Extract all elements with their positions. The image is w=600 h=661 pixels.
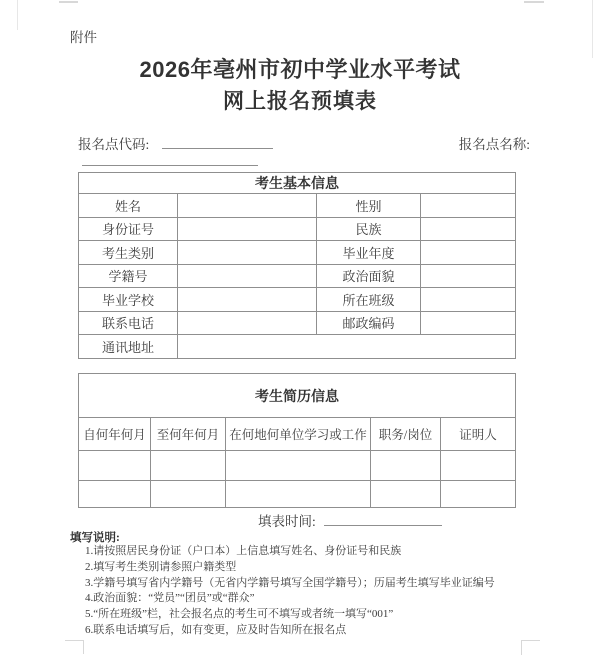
label-ethnicity: 民族 xyxy=(317,217,421,241)
resume-table: 考生简历信息 自何年何月 至何年何月 在何地何单位学习或工作 职务/岗位 证明人 xyxy=(78,373,516,508)
label-id-number: 身份证号 xyxy=(79,217,178,241)
col-to-date: 至何年何月 xyxy=(151,418,226,451)
resume-empty-cell xyxy=(79,481,151,508)
col-reference: 证明人 xyxy=(441,418,516,451)
value-id-number xyxy=(178,217,317,241)
page-edge-left xyxy=(17,0,18,30)
label-student-number: 学籍号 xyxy=(79,264,178,288)
instruction-item: 3.学籍号填写省内学籍号（无省内学籍号填写全国学籍号）；历届考生填写毕业证编号 xyxy=(85,576,555,592)
resume-empty-cell xyxy=(151,451,226,481)
value-name xyxy=(178,194,317,218)
label-graduation-year: 毕业年度 xyxy=(317,241,421,265)
basic-info-table-title: 考生基本信息 xyxy=(79,173,516,194)
value-student-number xyxy=(178,264,317,288)
label-address: 通讯地址 xyxy=(79,335,178,359)
basic-info-table: 考生基本信息 姓名 性别 身份证号 民族 考生类别 毕业年度 学籍号 政治面貌 … xyxy=(78,172,516,359)
resume-empty-cell xyxy=(151,481,226,508)
resume-empty-cell xyxy=(79,451,151,481)
instructions-title: 填写说明: xyxy=(70,529,120,545)
registration-point-line: 报名点代码: 报名点名称: xyxy=(78,133,530,153)
col-place-unit: 在何地何单位学习或工作 xyxy=(226,418,371,451)
label-graduation-school: 毕业学校 xyxy=(79,288,178,312)
resume-empty-cell xyxy=(371,451,441,481)
instruction-item: 4.政治面貌：“党员”“团员”或“群众” xyxy=(85,591,555,607)
label-gender: 性别 xyxy=(317,194,421,218)
value-graduation-year xyxy=(421,241,516,265)
value-gender xyxy=(421,194,516,218)
label-political-status: 政治面貌 xyxy=(317,264,421,288)
value-candidate-type xyxy=(178,241,317,265)
form-page: 附件 2026年亳州市初中学业水平考试 网上报名预填表 报名点代码: 报名点名称… xyxy=(0,0,600,661)
col-position: 职务/岗位 xyxy=(371,418,441,451)
crop-mark-top-left xyxy=(59,1,78,4)
crop-mark-bottom-right xyxy=(521,640,540,655)
label-name: 姓名 xyxy=(79,194,178,218)
instruction-item: 6.联系电话填写后，如有变更，应及时告知所在报名点 xyxy=(85,623,555,639)
page-edge-right xyxy=(592,0,593,58)
site-code-label: 报名点代码: xyxy=(78,133,149,153)
form-subtitle: 网上报名预填表 xyxy=(0,85,600,115)
value-phone xyxy=(178,311,317,335)
crop-mark-bottom-left xyxy=(65,640,84,654)
value-political-status xyxy=(421,264,516,288)
value-postal-code xyxy=(421,311,516,335)
fill-time-label: 填表时间: xyxy=(258,514,316,529)
fill-time-blank xyxy=(324,513,442,526)
resume-empty-cell xyxy=(226,481,371,508)
site-name-blank xyxy=(82,165,258,166)
fill-time-line: 填表时间: xyxy=(258,510,442,530)
resume-empty-cell xyxy=(226,451,371,481)
resume-table-title: 考生简历信息 xyxy=(79,374,516,418)
form-title: 2026年亳州市初中学业水平考试 xyxy=(0,53,600,84)
site-name-label: 报名点名称: xyxy=(459,133,530,153)
resume-empty-cell xyxy=(371,481,441,508)
value-class xyxy=(421,288,516,312)
crop-mark-top-right xyxy=(524,1,544,4)
instruction-item: 1.请按照居民身份证（户口本）上信息填写姓名、身份证号和民族 xyxy=(85,544,555,560)
instruction-item: 5.“所在班级”栏，社会报名点的考生可不填写或者统一填写“001” xyxy=(85,607,555,623)
resume-empty-cell xyxy=(441,451,516,481)
value-graduation-school xyxy=(178,288,317,312)
label-phone: 联系电话 xyxy=(79,311,178,335)
label-class: 所在班级 xyxy=(317,288,421,312)
resume-empty-cell xyxy=(441,481,516,508)
instructions-list: 1.请按照居民身份证（户口本）上信息填写姓名、身份证号和民族 2.填写考生类别请… xyxy=(85,544,555,639)
value-ethnicity xyxy=(421,217,516,241)
attachment-label: 附件 xyxy=(70,26,97,46)
col-from-date: 自何年何月 xyxy=(79,418,151,451)
value-address xyxy=(178,335,516,359)
label-candidate-type: 考生类别 xyxy=(79,241,178,265)
instruction-item: 2.填写考生类别请参照户籍类型 xyxy=(85,560,555,576)
site-code-blank xyxy=(162,136,273,149)
label-postal-code: 邮政编码 xyxy=(317,311,421,335)
